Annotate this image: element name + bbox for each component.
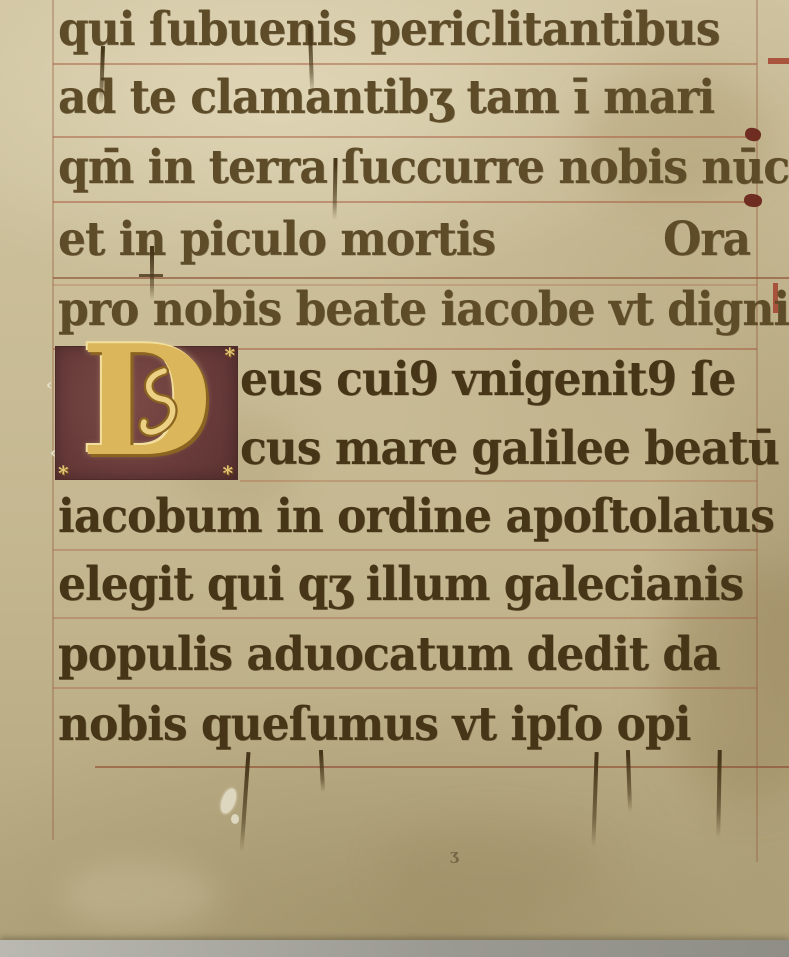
text-line-11: nobis queſumus vt ipſo opi <box>58 697 758 752</box>
stray-ink-mark: ʒ <box>450 846 459 864</box>
ruling-line <box>53 277 789 279</box>
text-line-6: eus cui9 vnigenit9 ſe <box>240 352 758 407</box>
ink-descender-stroke <box>626 750 632 812</box>
text-line-4-left: et in piculo mortis <box>58 212 495 267</box>
ink-descender-stroke <box>716 750 721 838</box>
ruling-line <box>53 549 757 551</box>
ink-descender-stroke <box>150 246 154 300</box>
illuminated-initial: D * * * ‹ ‹ <box>55 346 238 480</box>
ruling-line <box>53 687 757 689</box>
gold-corner-sprig-icon: * <box>58 461 68 485</box>
gold-corner-sprig-icon: * <box>225 343 235 367</box>
text-line-10: populis aduocatum dedit da <box>58 627 758 682</box>
parchment-stain <box>380 820 600 910</box>
text-line-4: et in piculo mortis Ora <box>58 212 750 267</box>
ink-crossbar-stroke <box>139 274 163 277</box>
text-line-3: qm̄ in terra ſuccurre nobis nūc <box>58 140 758 195</box>
ruling-line-vertical <box>52 0 54 840</box>
initial-vine-ornament-icon <box>114 363 188 455</box>
ruling-line <box>53 63 757 65</box>
manuscript-page: qui ſubuenis periclitantibus ad te clama… <box>0 0 789 957</box>
red-margin-dash <box>768 58 789 64</box>
parchment-flaw-speck <box>231 814 239 824</box>
photo-background-edge <box>0 940 789 957</box>
gold-corner-sprig-icon: * <box>223 461 233 485</box>
ink-descender-stroke <box>332 158 337 220</box>
white-edge-tick-icon: ‹ <box>46 375 52 394</box>
red-line-end-mark <box>743 193 763 208</box>
ruling-line <box>240 480 757 482</box>
text-line-9: elegit qui qʒ illum galecianis <box>58 557 758 612</box>
ink-descender-stroke <box>591 752 598 847</box>
parchment-flaw-speck <box>218 787 239 816</box>
ruling-line <box>53 136 757 138</box>
ruling-line <box>53 201 757 203</box>
white-edge-tick-icon: ‹ <box>50 443 56 462</box>
ink-descender-stroke <box>319 750 325 792</box>
text-line-2: ad te clamantibʒ tam ī mari <box>58 70 758 125</box>
ruling-line <box>95 766 789 768</box>
text-line-1: qui ſubuenis periclitantibus <box>58 2 758 57</box>
rubric-ora: Ora <box>663 212 750 267</box>
text-line-7: cus mare galilee beatū <box>240 421 758 476</box>
ruling-line <box>53 617 757 619</box>
parchment-stain <box>60 860 220 930</box>
ink-descender-stroke <box>240 752 251 852</box>
text-line-8: iacobum in ordine apoſtolatus <box>58 489 758 544</box>
